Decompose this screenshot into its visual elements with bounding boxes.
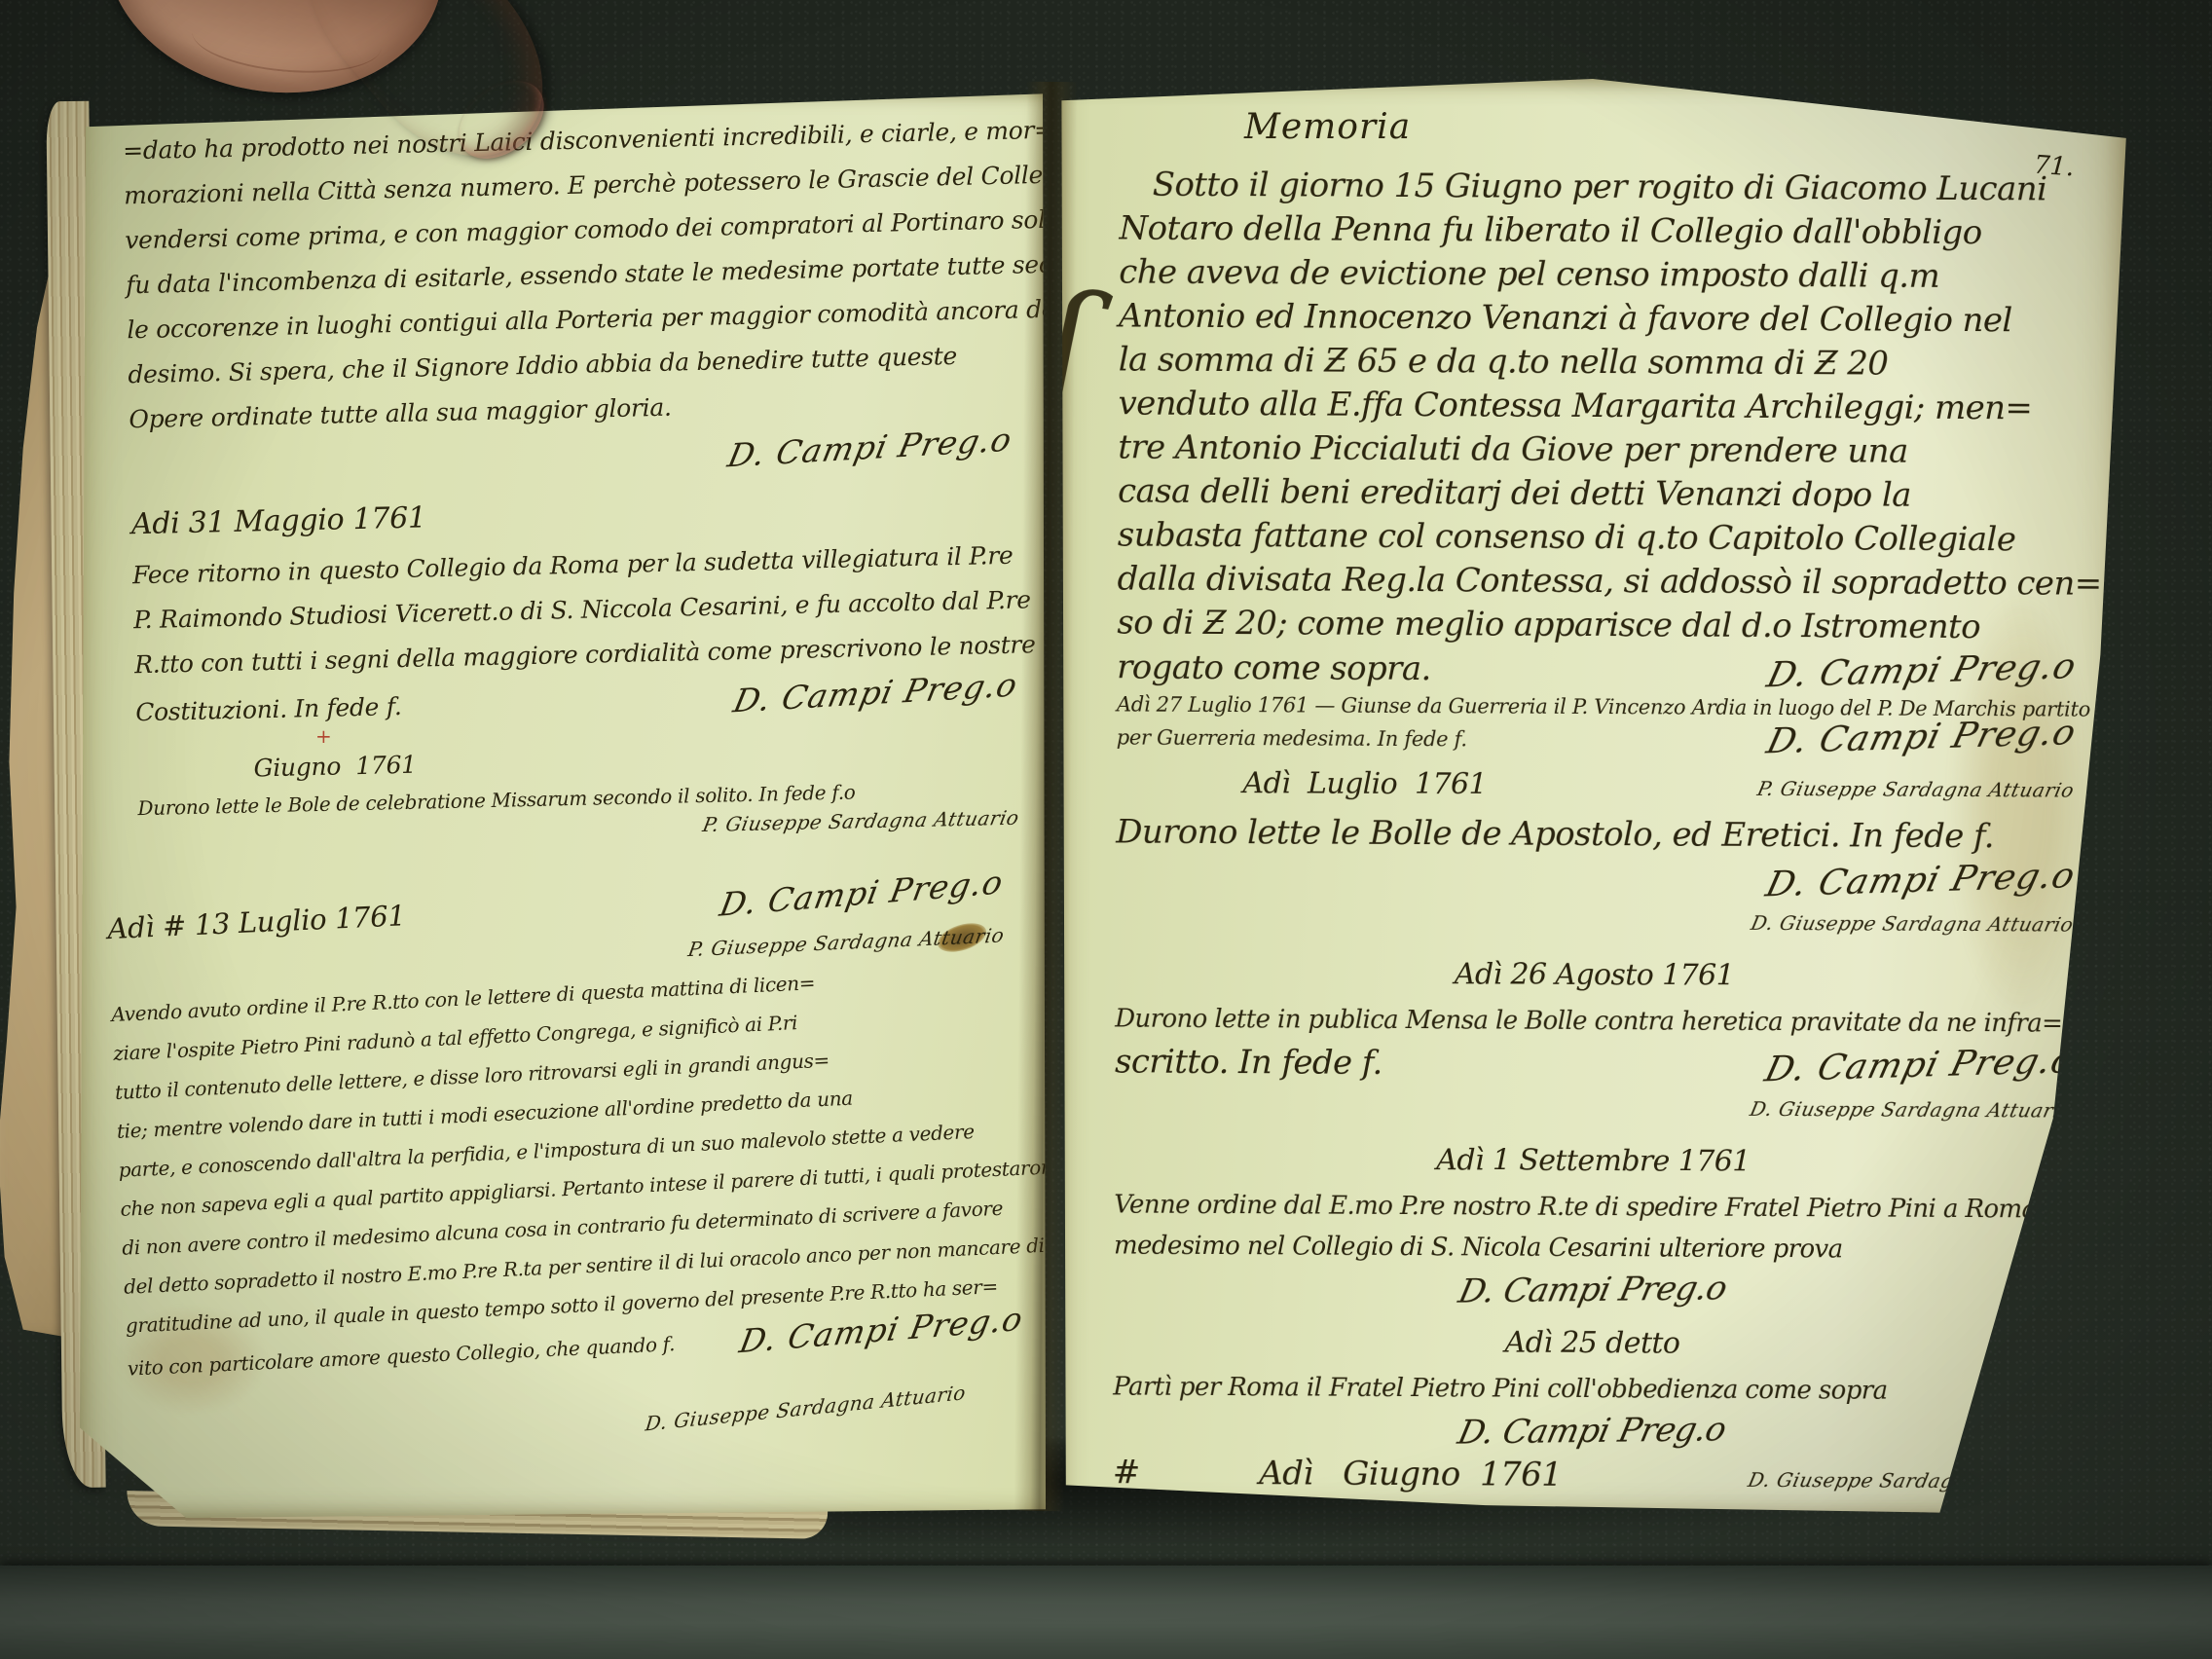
manuscript-line: Adì Luglio 1761P. Giuseppe Sardagna Attu… [1242,758,2074,815]
manuscript-line: Adì 1 Settembre 1761 [1114,1133,2072,1189]
line-text: scritto. In fede f. [1115,1040,1382,1085]
left-page: + =dato ha prodotto nei nostri Laici dis… [80,90,1046,1521]
manuscript-line: Durono lette in publica Mensa le Bolle c… [1115,998,2073,1044]
signature: D. Giuseppe Sardagna Attuario [644,1373,969,1444]
manuscript-line: venduto alla E.ffa Contessa Margarita Ar… [1118,382,2076,430]
signature: D. Campi Preg.o [1764,719,2079,756]
line-text: per Guerreria medesima. In fede f. [1117,722,1467,754]
manuscript-line: D. Giuseppe Sardagna Attuario [131,1373,969,1493]
manuscript-line: Adì 25 detto [1113,1315,2071,1371]
page-heading: Memoria [1244,107,1411,147]
manuscript-line: per Guerreria medesima. In fede f.D. Cam… [1117,719,2075,756]
manuscript-line: Adì 26 Agosto 1761 [1115,947,2073,1003]
signature: P. Giuseppe Sardagna Attuario [701,803,1022,840]
manuscript-line: rogato come sopra.D. Campi Preg.o [1117,645,2075,694]
manuscript-line: che aveva de evictione pel censo imposto… [1119,250,2077,299]
line-text: Costituzioni. In fede f. [135,684,402,735]
manuscript-line: D. Giuseppe Sardagna Attuario [1116,898,2074,946]
signature: D. Campi Preg.o [1761,1039,2080,1091]
right-page: 71. Memoria ʃ Sotto il giorno 15 Giugno … [1057,76,2128,1523]
manuscript-line: so di Ƶ 20; come meglio apparisce dal d.… [1117,601,2075,649]
signature: D. Campi Preg.o [1763,645,2082,697]
left-page-text-upper: =dato ha prodotto nei nostri Laici disco… [123,109,1020,852]
signature: D. Giuseppe Sardagna Attuario [1746,1088,2077,1133]
right-page-text: Sotto il giorno 15 Giugno per rogito di … [1112,163,2078,1593]
line-text: Adì Luglio 1761 [1242,758,1487,810]
line-text: rogato come sopra. [1117,645,1431,691]
manuscript-line: subasta fattane col consenso di q.to Cap… [1118,513,2076,562]
manuscript-line: casa delli beni ereditarj dei detti Vena… [1118,469,2076,518]
manuscript-line: Notaro della Penna fu liberato il Colleg… [1119,206,2077,255]
manuscript-photo-scene: + =dato ha prodotto nei nostri Laici dis… [0,0,2212,1659]
manuscript-line: D. Campi Preg.o [1107,1263,2079,1318]
manuscript-line: D. Campi Preg.o [1116,854,2074,903]
left-page-text-lower: Adì # 13 Luglio 1761D. Campi Preg.oP. Gi… [106,860,1027,1471]
manuscript-line: Sotto il giorno 15 Giugno per rogito di … [1153,164,2078,212]
manuscript-line: D. Campi Preg.o [1106,1404,2078,1459]
signature: P. Giuseppe Sardagna Attuario [1752,763,2080,816]
signature: D. Campi Preg.o [1762,854,2081,906]
signature: D. Giuseppe Sardagna Attuario [1744,1458,2075,1504]
manuscript-line: D. Giuseppe Sardagna Attuario [1115,1084,2073,1132]
signature: D. Giuseppe Sardagna Attuario [1747,902,2078,947]
table-surface [0,1566,2212,1659]
manuscript-line: Venne ordine dal E.mo P.re nostro R.te d… [1114,1184,2072,1230]
manuscript-line: Durono lette le Bolle de Apostolo, ed Er… [1116,810,2074,859]
manuscript-line: scritto. In fede f.D. Campi Preg.o [1115,1039,2073,1088]
manuscript-line: tre Antonio Piccialuti da Giove per pren… [1118,425,2076,474]
manuscript-line: dalla divisata Reg.la Contessa, si addos… [1117,557,2075,606]
manuscript-line: Antonio ed Innocenzo Venanzi à favore de… [1119,294,2077,343]
manuscript-line: la somma di Ƶ 65 e da q.to nella somma d… [1119,338,2077,387]
